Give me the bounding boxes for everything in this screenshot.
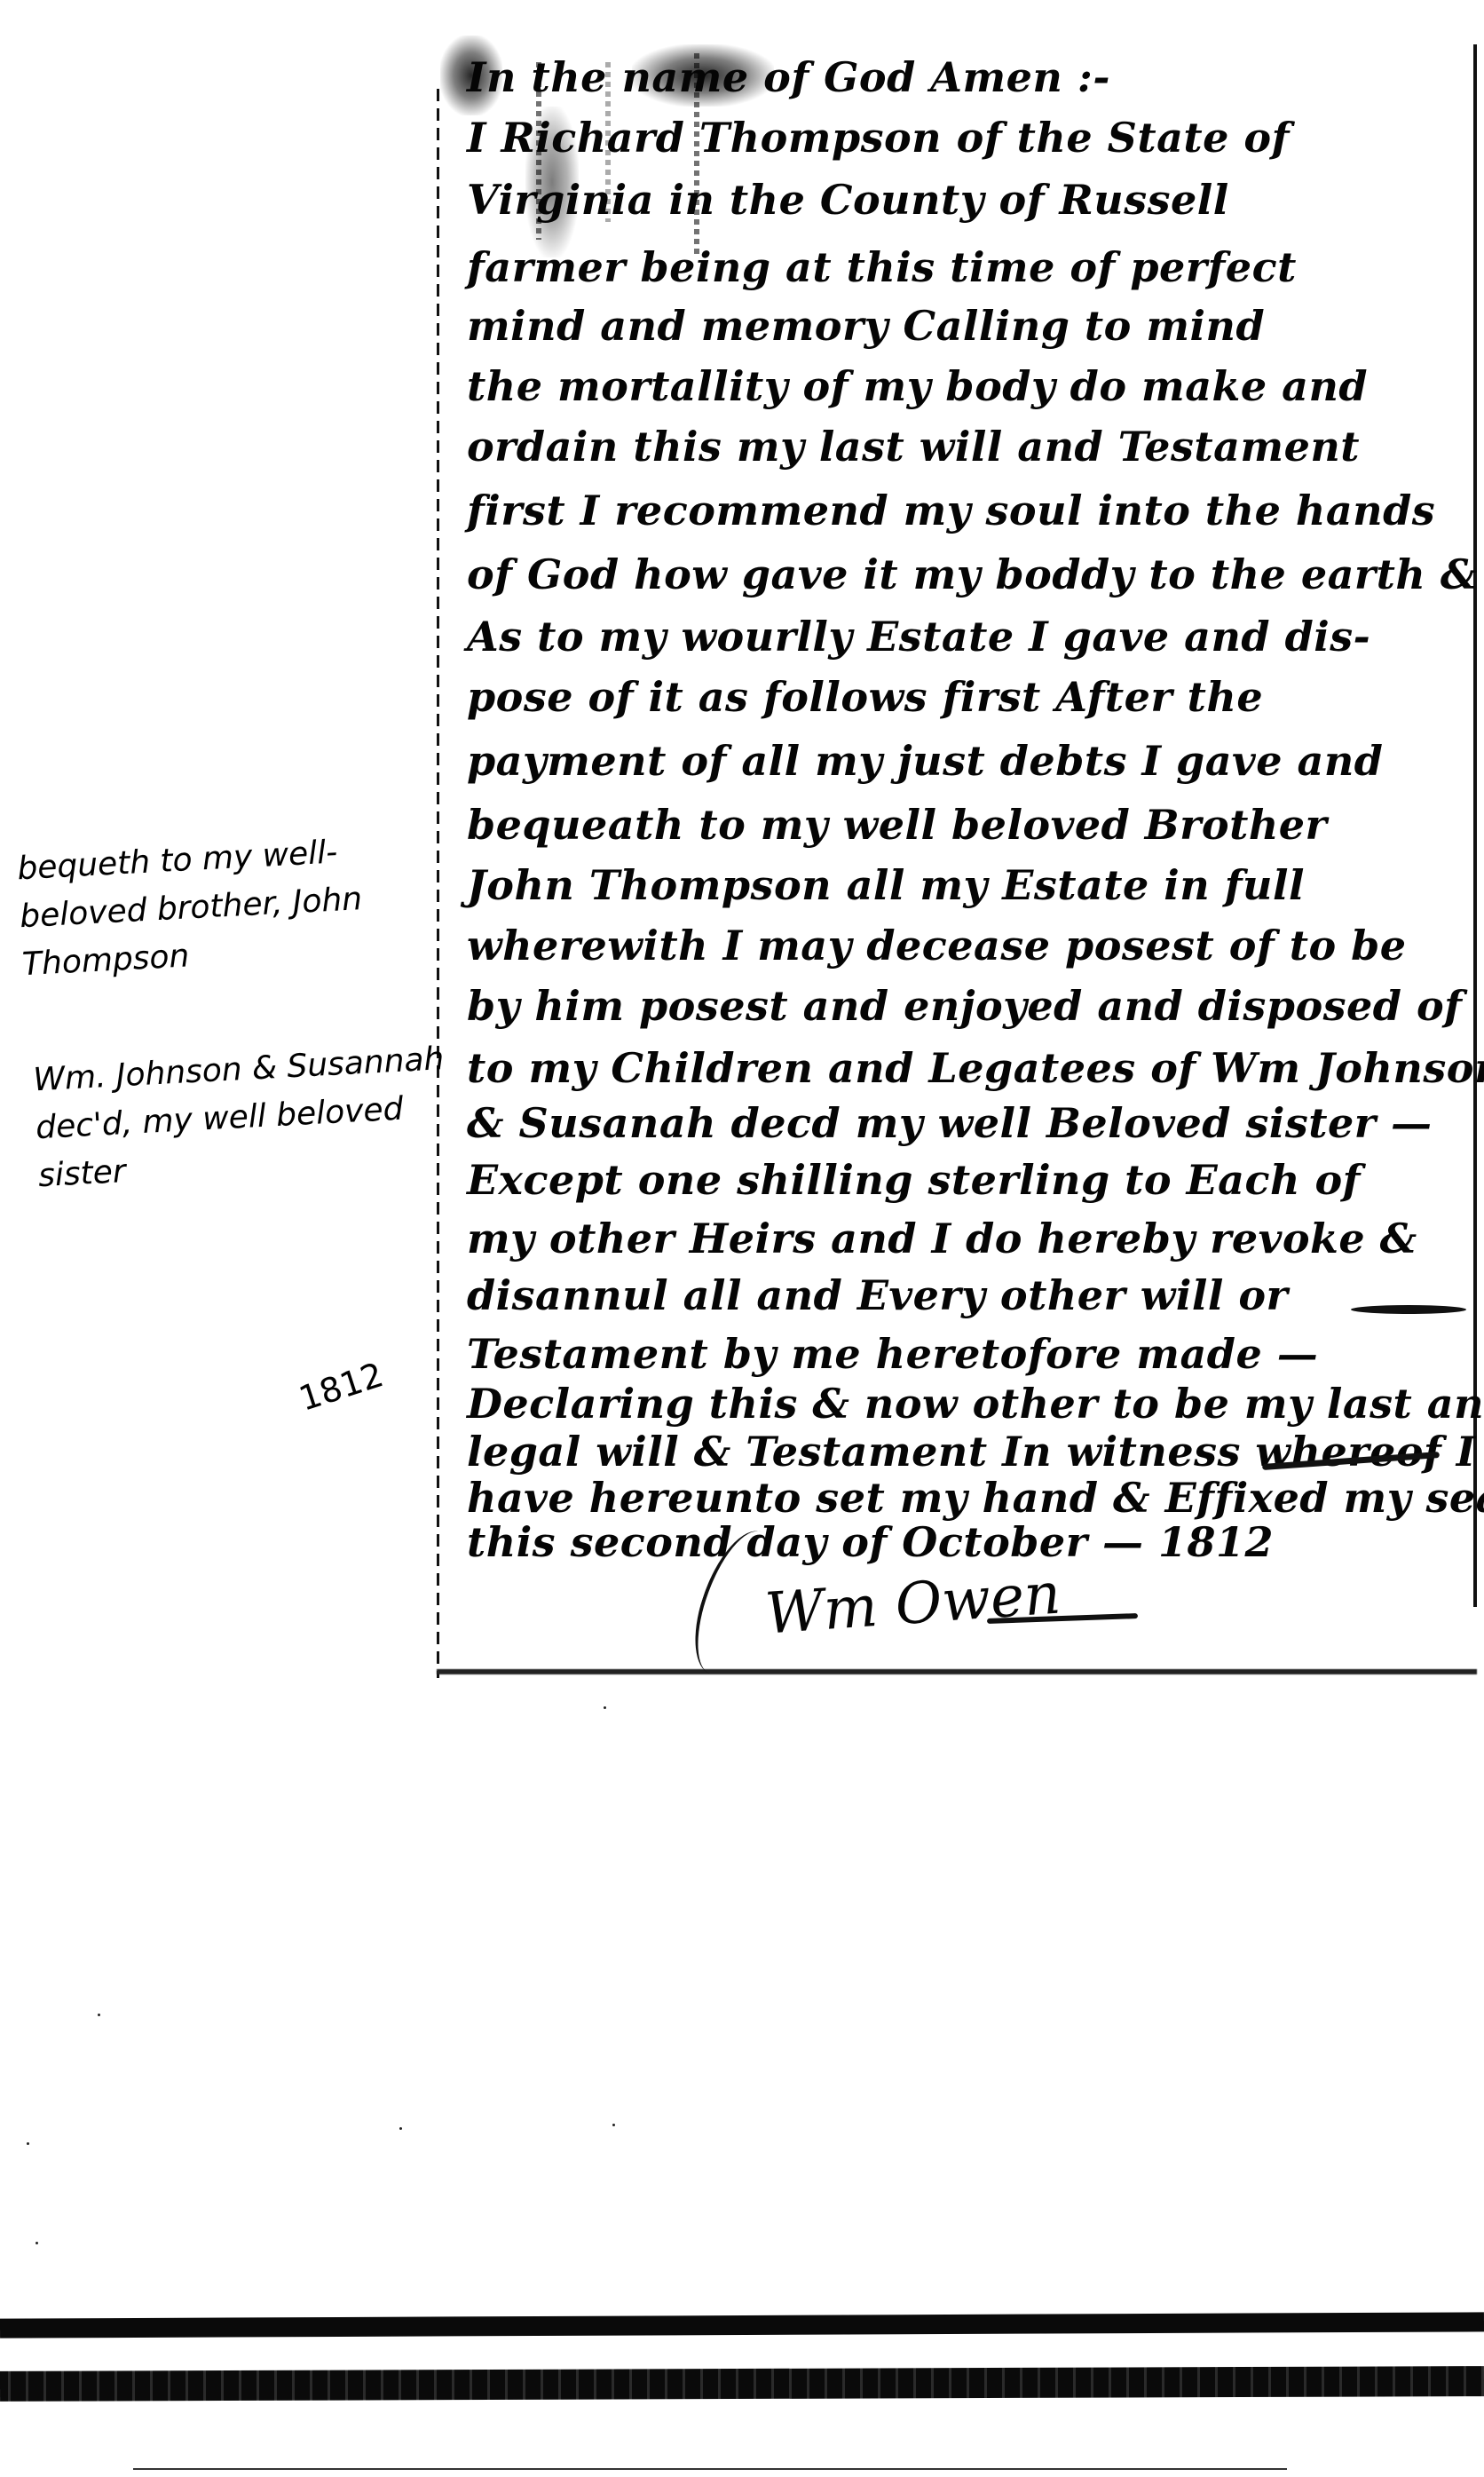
manuscript-line: payment of all my just debts I gave and: [467, 737, 1383, 785]
manuscript-line: As to my wourlly Estate I gave and dis-: [467, 613, 1370, 661]
scanner-line: [133, 2468, 1287, 2470]
scan-speck: [612, 2124, 615, 2126]
margin-note-bequest: bequeth to my well- beloved brother, Joh…: [16, 824, 440, 989]
manuscript-line: wherewith I may decease posest of to be: [467, 922, 1407, 969]
scanner-band: [0, 2366, 1484, 2402]
manuscript-line: Except one shilling sterling to Each of: [467, 1156, 1361, 1204]
page-left-edge: [437, 89, 439, 1678]
manuscript-line: I Richard Thompson of the State of: [467, 114, 1290, 162]
manuscript-line: first I recommend my soul into the hands: [467, 487, 1435, 534]
manuscript-line: In the name of God Amen :-: [467, 53, 1110, 101]
margin-note-sister: Wm. Johnson & Susannah dec'd, my well be…: [32, 1035, 456, 1200]
scan-speck: [399, 2127, 402, 2130]
manuscript-line: this second day of October — 1812: [467, 1518, 1274, 1566]
manuscript-line: ordain this my last will and Testament: [467, 423, 1360, 471]
manuscript-line: John Thompson all my Estate in full: [467, 861, 1305, 909]
signature: Wm Owen: [763, 1561, 1063, 1647]
scan-speck: [27, 2142, 29, 2145]
manuscript-line: & Susanah decd my well Beloved sister —: [467, 1099, 1433, 1147]
manuscript-line: pose of it as follows first After the: [467, 673, 1263, 721]
manuscript-line: the mortallity of my body do make and: [467, 362, 1368, 410]
manuscript-line: bequeath to my well beloved Brother: [467, 801, 1327, 849]
page-bottom-edge: [437, 1666, 1477, 1678]
manuscript-page: In the name of God Amen :- I Richard Tho…: [437, 27, 1477, 1678]
manuscript-line: have hereunto set my hand & Effixed my s…: [467, 1474, 1484, 1522]
manuscript-line: mind and memory Calling to mind: [467, 302, 1265, 350]
manuscript-line: legal will & Testament In witness whereo…: [467, 1428, 1476, 1476]
ink-dash: [1351, 1305, 1466, 1314]
manuscript-line: of God how gave it my boddy to the earth…: [467, 550, 1478, 598]
manuscript-line: farmer being at this time of perfect: [467, 243, 1297, 291]
manuscript-line: Declaring this & now other to be my last…: [467, 1380, 1484, 1428]
manuscript-line: to my Children and Legatees of Wm Johnso…: [467, 1044, 1484, 1092]
page-right-edge: [1473, 44, 1477, 1607]
manuscript-line: Testament by me heretofore made —: [467, 1330, 1318, 1378]
scanner-band: [0, 2312, 1484, 2338]
manuscript-line: my other Heirs and I do hereby revoke &: [467, 1215, 1417, 1262]
manuscript-line: by him posest and enjoyed and disposed o…: [467, 982, 1462, 1030]
scan-speck: [604, 1706, 606, 1709]
manuscript-line: Virginia in the County of Russell: [467, 176, 1229, 224]
scan-speck: [98, 2014, 100, 2016]
margin-note-year: 1812: [295, 1355, 389, 1419]
scan-speck: [36, 2242, 38, 2244]
manuscript-line: disannul all and Every other will or: [467, 1271, 1288, 1319]
